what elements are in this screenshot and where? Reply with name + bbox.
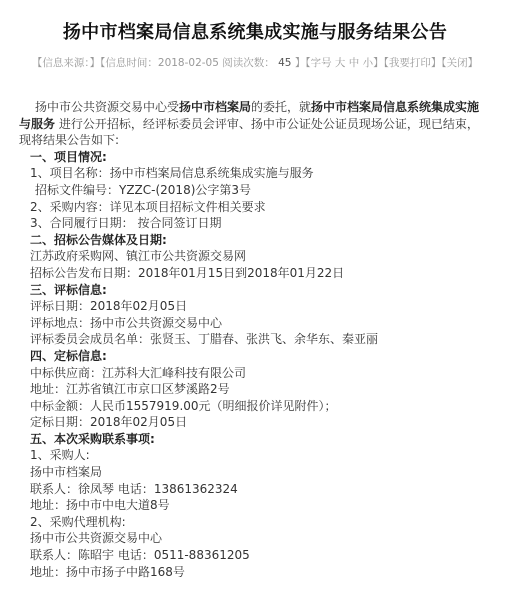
article-body: 扬中市公共资源交易中心受扬中市档案局的委托，就扬中市档案局信息系统集成实施与服务… (19, 99, 489, 580)
font-size-small-link[interactable]: 小】 (363, 57, 384, 69)
award-date: 定标日期：2018年02月05日 (19, 414, 489, 431)
intro-paragraph: 扬中市公共资源交易中心受扬中市档案局的委托，就扬中市档案局信息系统集成实施与服务… (19, 99, 489, 149)
agency-address: 地址：扬中市扬子中路168号 (19, 564, 489, 581)
project-name: 1、项目名称：扬中市档案局信息系统集成实施与服务 (19, 165, 489, 182)
purchaser-contact: 联系人：徐凤琴 电话：13861362324 (19, 481, 489, 498)
section-heading-media: 二、招标公告媒体及日期: (19, 232, 489, 249)
winning-supplier: 中标供应商：江苏科大汇峰科技有限公司 (19, 365, 489, 382)
intro-text: 的委托，就 (251, 100, 311, 114)
info-source: 【信息来源：】 (32, 57, 100, 69)
section-heading-project: 一、项目情况: (19, 149, 489, 166)
font-size-large-link[interactable]: 大 (335, 57, 346, 69)
bracket-close: 】 (295, 57, 306, 69)
agency-label: 2、采购代理机构: (19, 514, 489, 531)
info-time-label: 【信息时间： (100, 57, 158, 69)
section-heading-evaluation: 三、评标信息: (19, 282, 489, 299)
close-link[interactable]: 【关闭】 (441, 57, 478, 69)
intro-text: 进行公开招标，经评标委员会评审、扬中市公证处公证员现场公证，现已结束，现将结果公… (19, 117, 479, 148)
page-title: 扬中市档案局信息系统集成实施与服务结果公告 (0, 20, 510, 46)
award-amount: 中标金额：人民币1557919.00元（明细报价详见附件）； (19, 398, 489, 415)
publish-date: 2018-02-05 (158, 57, 219, 69)
purchaser-address: 地址：扬中市中电大道8号 (19, 497, 489, 514)
article-meta: 【信息来源：】【信息时间：2018-02-05 阅读次数： 45 】【字号 大 … (0, 55, 510, 71)
contract-period: 3、合同履行日期： 按合同签订日期 (19, 215, 489, 232)
purchaser-name: 扬中市档案局 (19, 464, 489, 481)
supplier-address: 地址：江苏省镇江市京口区梦溪路2号 (19, 381, 489, 398)
intro-bold-client: 扬中市档案局 (179, 100, 251, 114)
font-size-label: 【字号 (305, 57, 331, 69)
agency-name: 扬中市公共资源交易中心 (19, 530, 489, 547)
tender-doc-number: 招标文件编号：YZZC-(2018)公字第3号 (19, 182, 489, 199)
announcement-dates: 招标公告发布日期：2018年01月15日到2018年01月22日 (19, 265, 489, 282)
read-count: 45 (278, 57, 291, 69)
procurement-content: 2、采购内容：详见本项目招标文件相关要求 (19, 199, 489, 216)
evaluation-committee: 评标委员会成员名单：张贤玉、丁腊春、张洪飞、余华东、秦亚丽 (19, 331, 489, 348)
section-heading-award: 四、定标信息: (19, 348, 489, 365)
purchaser-label: 1、采购人: (19, 447, 489, 464)
font-size-medium-link[interactable]: 中 (349, 57, 360, 69)
media-list: 江苏政府采购网、镇江市公共资源交易网 (19, 248, 489, 265)
agency-contact: 联系人：陈昭宇 电话：0511-88361205 (19, 547, 489, 564)
print-link[interactable]: 【我要打印】 (384, 57, 442, 69)
evaluation-location: 评标地点：扬中市公共资源交易中心 (19, 315, 489, 332)
evaluation-date: 评标日期：2018年02月05日 (19, 298, 489, 315)
intro-text: 扬中市公共资源交易中心受 (35, 100, 179, 114)
section-heading-contacts: 五、本次采购联系事项: (19, 431, 489, 448)
read-count-label: 阅读次数： (222, 57, 275, 69)
